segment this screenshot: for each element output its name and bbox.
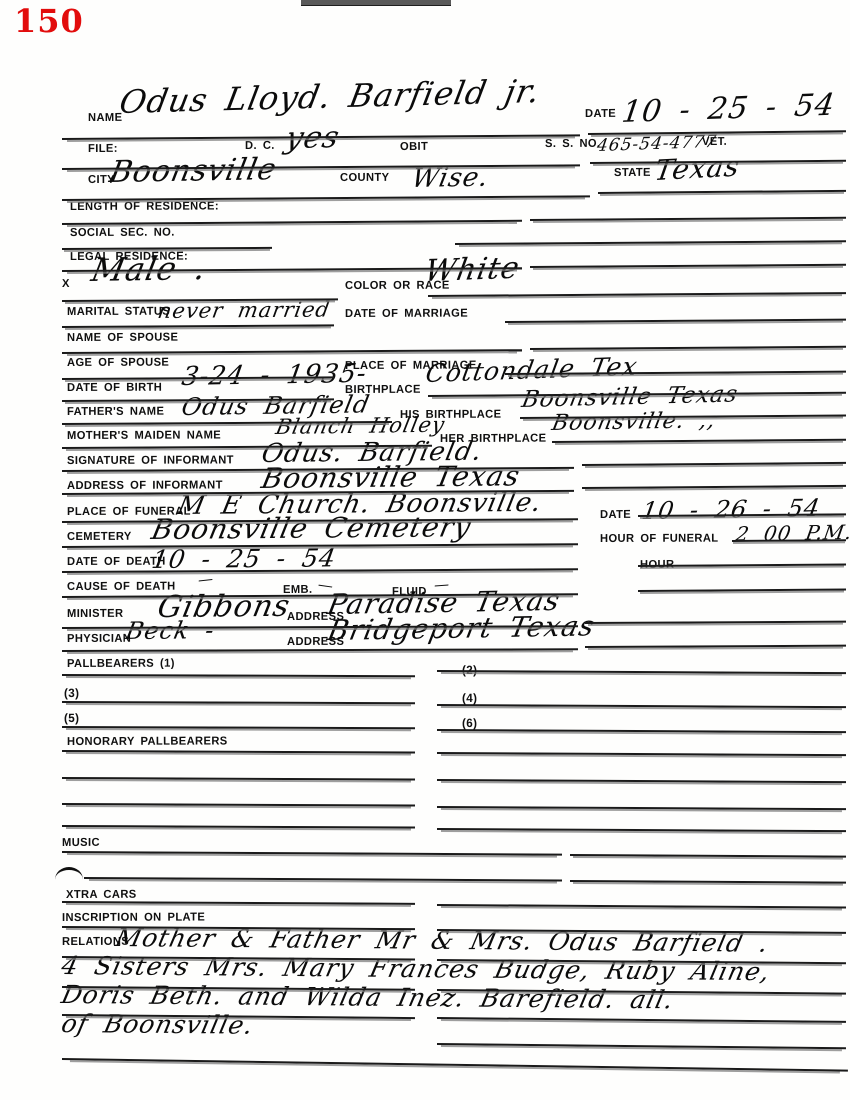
- ruled-line: [437, 1017, 846, 1022]
- mothers-maiden-name-label: MOTHER'S MAIDEN NAME: [67, 429, 221, 442]
- ruled-line: [428, 292, 846, 296]
- ruled-line: [437, 828, 846, 832]
- ruled-line: [552, 439, 846, 443]
- ruled-line: [62, 803, 415, 806]
- ruled-line: [638, 564, 846, 567]
- ruled-line: [588, 130, 846, 134]
- ruled-line: [62, 467, 574, 472]
- ruled-line: [530, 346, 846, 350]
- ruled-line: [732, 539, 846, 541]
- ruled-line: [62, 901, 415, 904]
- ruled-line: [62, 1058, 848, 1071]
- ruled-line: [437, 729, 846, 733]
- inscription-on-plate-label: INSCRIPTION ON PLATE: [62, 911, 205, 924]
- scanned-funeral-record-page: 150 NAME DATE FILE: D. C. OBIT S. S. NO.…: [0, 0, 850, 1100]
- cemetery-value: Boonsville Cemetery: [149, 513, 474, 544]
- ruled-line: [62, 593, 578, 597]
- ruled-line: [590, 160, 846, 164]
- minister-label: MINISTER: [67, 608, 123, 620]
- ruled-line: [62, 825, 415, 828]
- ruled-line: [437, 806, 846, 810]
- physician-label: PHYSICIAN: [67, 633, 131, 645]
- ruled-line: [62, 445, 432, 449]
- state-value: Texas: [653, 152, 742, 185]
- ruled-line: [582, 485, 846, 489]
- ruled-line: [582, 462, 846, 466]
- ruled-line: [62, 568, 578, 572]
- ruled-line: [428, 392, 846, 397]
- ruled-line: [62, 777, 415, 780]
- ruled-line: [62, 324, 334, 327]
- ruled-line: [62, 1014, 415, 1019]
- ruled-line: [62, 195, 590, 200]
- ruled-line: [62, 701, 415, 704]
- extra-cars-label: XTRA CARS: [66, 889, 137, 901]
- ruled-line: [62, 750, 415, 753]
- ruled-line: [437, 704, 846, 708]
- age-of-spouse-label: AGE OF SPOUSE: [67, 357, 169, 369]
- ruled-line: [437, 959, 846, 964]
- ruled-line: [62, 851, 562, 855]
- date-of-birth-label: DATE OF BIRTH: [67, 382, 162, 394]
- ruled-line: [598, 190, 846, 194]
- date-label: DATE: [585, 108, 616, 120]
- sex-label: X: [62, 278, 70, 290]
- ruled-line: [437, 929, 846, 933]
- ruled-line: [638, 513, 846, 516]
- ruled-line: [638, 589, 846, 592]
- ruled-line: [585, 645, 846, 648]
- honorary-pallbearers-label: HONORARY PALLBEARERS: [67, 735, 228, 748]
- ruled-line: [62, 247, 272, 250]
- ruled-line: [62, 518, 578, 522]
- ruled-line: [62, 726, 415, 729]
- ruled-line: [530, 217, 846, 221]
- music-label: MUSIC: [62, 837, 100, 849]
- scan-hook-mark: [55, 867, 83, 882]
- ruled-line: [570, 880, 846, 883]
- county-label: COUNTY: [340, 172, 389, 184]
- ruled-line: [505, 319, 846, 323]
- ruled-line: [437, 752, 846, 756]
- mothers-maiden-name-value: Blanch Holley: [274, 415, 447, 438]
- ruled-line: [62, 376, 334, 379]
- ruled-line: [62, 298, 338, 301]
- ruled-line: [62, 674, 415, 677]
- funeral-date-label: DATE: [600, 509, 631, 521]
- date-value: 10 - 25 - 54: [620, 90, 837, 128]
- ruled-line: [585, 621, 846, 624]
- fathers-name-label: FATHER'S NAME: [67, 406, 164, 418]
- ruled-line: [437, 1043, 846, 1049]
- marital-status-label: MARITAL STATUS: [67, 306, 170, 318]
- pallbearer-5-label: (5): [64, 711, 79, 725]
- her-birthplace-value: Boonsville. ,,: [550, 410, 718, 435]
- ruled-line: [437, 779, 846, 783]
- name-of-spouse-label: NAME OF SPOUSE: [67, 332, 178, 344]
- birthplace-value: Cottondale Tex: [424, 354, 640, 387]
- date-of-birth-value: 3-24 - 1935-: [180, 361, 369, 390]
- scan-edge-bar: [301, 0, 451, 6]
- ruled-line: [455, 240, 846, 244]
- pallbearers-label: PALLBEARERS (1): [67, 658, 175, 670]
- pallbearer-4-label: (4): [462, 691, 477, 705]
- hour-of-funeral-label: HOUR OF FUNERAL: [600, 533, 719, 545]
- ruled-line: [62, 421, 392, 425]
- social-sec-no-label: SOCIAL SEC. NO.: [70, 227, 175, 239]
- ruled-line: [84, 877, 562, 881]
- pallbearer-3-label: (3): [64, 686, 79, 700]
- pallbearer-6-label: (6): [462, 716, 477, 730]
- signature-of-informant-label: SIGNATURE OF INFORMANT: [67, 454, 234, 467]
- ruled-line: [62, 220, 522, 225]
- cause-of-death-label: CAUSE OF DEATH: [67, 581, 176, 593]
- ruled-line: [570, 854, 846, 857]
- dc-label: D. C.: [245, 140, 275, 152]
- ruled-line: [62, 349, 522, 353]
- ruled-line: [62, 648, 578, 651]
- name-value: Odus Lloyd. Barfield jr.: [117, 75, 543, 118]
- page-number: 150: [14, 2, 84, 40]
- ruled-line: [62, 398, 334, 401]
- ruled-line: [62, 543, 578, 547]
- file-label: FILE:: [88, 143, 118, 155]
- state-label: STATE: [614, 167, 651, 179]
- ruled-line: [530, 264, 846, 268]
- obit-label: OBIT: [400, 141, 428, 153]
- ruled-line: [437, 904, 846, 908]
- date-of-marriage-label: DATE OF MARRIAGE: [345, 308, 468, 320]
- ssno-label: S. S. NO.: [545, 138, 600, 150]
- cemetery-label: CEMETERY: [67, 531, 132, 543]
- ruled-line: [437, 670, 846, 674]
